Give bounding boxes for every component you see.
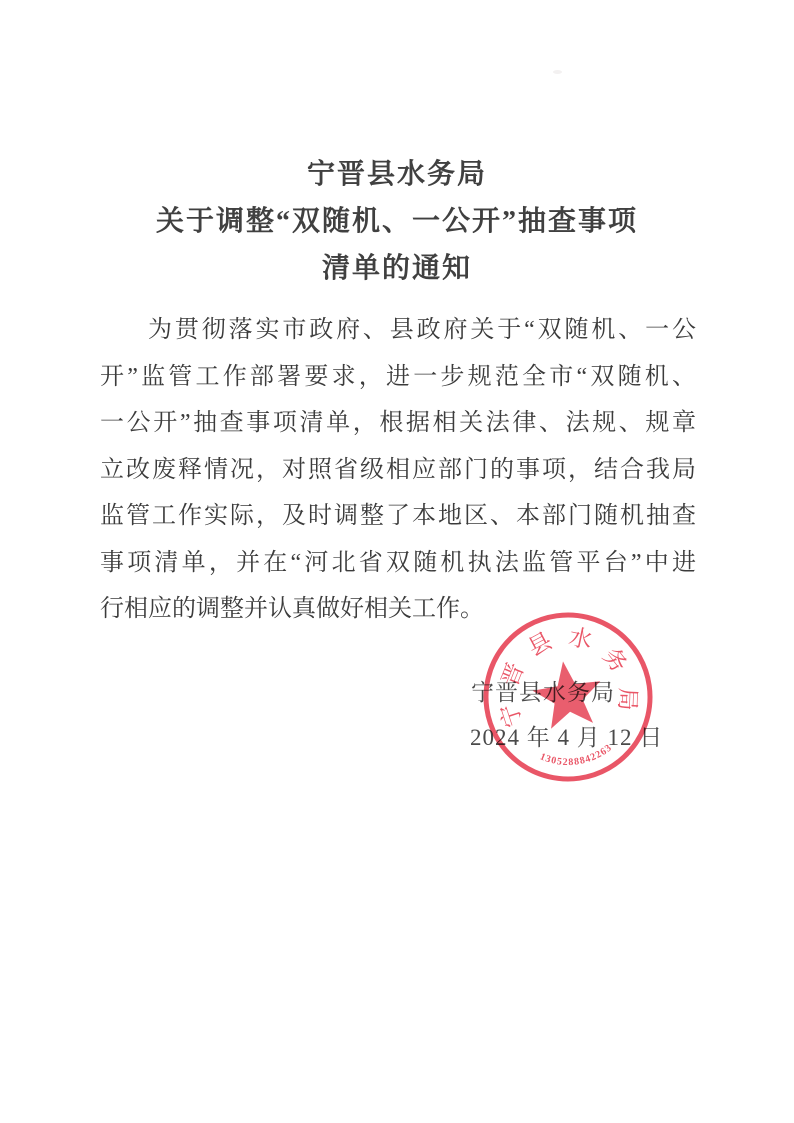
official-seal: 宁 晋 县 水 务 局 1305288842263 xyxy=(478,607,658,787)
title-line-3: 清单的通知 xyxy=(0,245,794,292)
seal-ring-char: 局 xyxy=(615,687,641,711)
seal-ring-char: 务 xyxy=(598,644,632,678)
title-line-1: 宁晋县水务局 xyxy=(0,151,794,198)
body-line: 一公开”抽查事项清单，根据相关法律、法规、规章 xyxy=(100,400,696,447)
stray-mark xyxy=(553,70,562,74)
body-line: 监管工作实际，及时调整了本地区、本部门随机抽查 xyxy=(100,493,696,540)
title-line-2: 关于调整“双随机、一公开”抽查事项 xyxy=(0,198,794,245)
seal-ring-char: 水 xyxy=(567,624,595,653)
document-page: 宁晋县水务局 关于调整“双随机、一公开”抽查事项 清单的通知 为贯彻落实市政府、… xyxy=(0,0,794,1123)
seal-ring-char: 县 xyxy=(524,628,556,661)
body-paragraph: 为贯彻落实市政府、县政府关于“双随机、一公 开”监管工作部署要求，进一步规范全市… xyxy=(100,307,696,633)
document-title: 宁晋县水务局 关于调整“双随机、一公开”抽查事项 清单的通知 xyxy=(0,151,794,292)
body-line: 立改废释情况，对照省级相应部门的事项，结合我局 xyxy=(100,447,696,494)
body-line: 为贯彻落实市政府、县政府关于“双随机、一公 xyxy=(100,307,696,354)
body-line: 事项清单，并在“河北省双随机执法监管平台”中进 xyxy=(100,540,696,587)
seal-ring-char: 宁 xyxy=(496,701,527,731)
seal-ring-char: 晋 xyxy=(497,659,529,690)
body-line: 开”监管工作部署要求，进一步规范全市“双随机、 xyxy=(100,354,696,401)
seal-star-icon xyxy=(529,657,606,731)
